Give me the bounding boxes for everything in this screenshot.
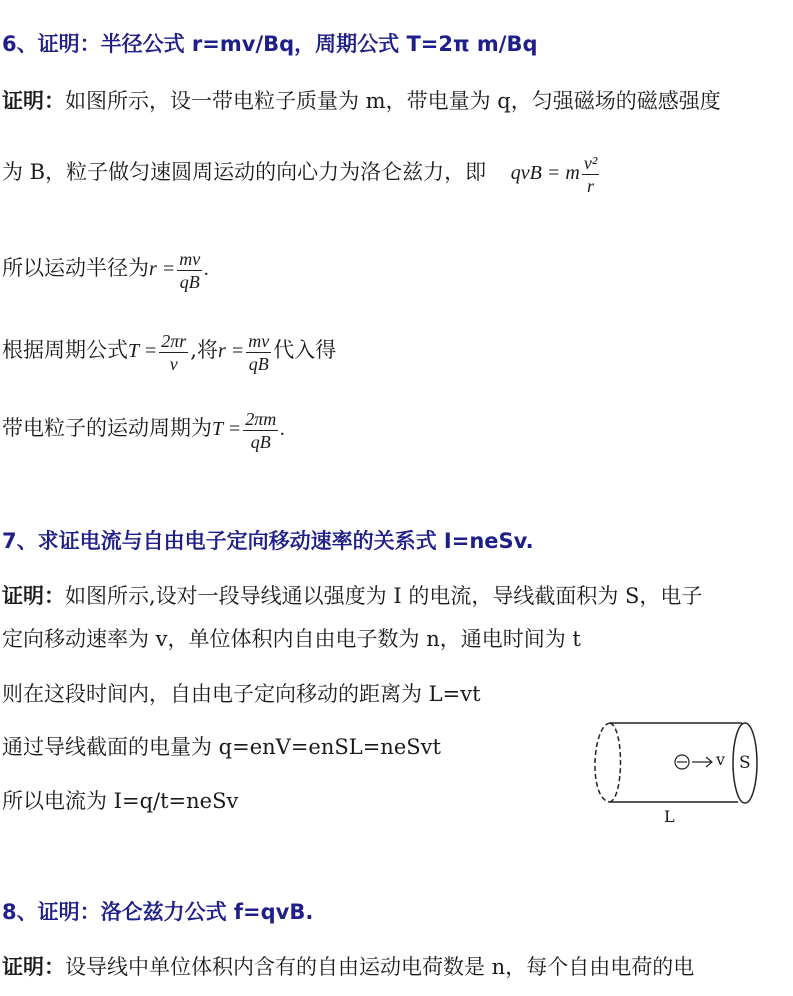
section-7-line-3: 则在这段时间内，自由电子定向移动的距离为 L=vt (2, 680, 481, 708)
section-7-proof-line-1: 证明：如图所示,设对一段导线通以强度为 I 的电流，导线截面积为 S，电子 (2, 582, 702, 610)
section-6-proof-line-1: 证明：如图所示，设一带电粒子质量为 m，带电量为 q，匀强磁场的磁感强度 (2, 87, 721, 115)
wire-cylinder-diagram: v S L (580, 715, 760, 830)
section-6-radius-line: 所以运动半径为r =mvqB. (2, 248, 209, 293)
section-7-heading: 7、求证电流与自由电子定向移动速率的关系式 I=neSv. (2, 527, 534, 555)
result-formula: T =2πmqB. (212, 418, 285, 440)
section-6-heading: 6、证明：半径公式 r=mv/Bq，周期公式 T=2π m/Bq (2, 30, 538, 58)
section-7-line-5: 所以电流为 I=q/t=neSv (2, 787, 238, 815)
substitute-formula: r =mvqB (218, 340, 273, 362)
length-label: L (664, 807, 675, 826)
section-6-period-line: 根据周期公式T =2πrv,将r =mvqB代入得 (2, 330, 336, 375)
lorentz-formula: qvB = mv²r (511, 162, 601, 184)
section-8-proof-line-1: 证明：设导线中单位体积内含有的自由运动电荷数是 n，每个自由电荷的电 (2, 953, 694, 981)
proof-label: 证明： (2, 955, 65, 979)
proof-label: 证明： (2, 89, 65, 113)
section-6-result-line: 带电粒子的运动周期为T =2πmqB. (2, 408, 285, 453)
proof-label: 证明： (2, 584, 65, 608)
velocity-label: v (716, 750, 725, 769)
section-6-proof-line-2: 为 B，粒子做匀速圆周运动的向心力为洛仑兹力，即 qvB = mv²r (2, 152, 601, 197)
section-7-line-2: 定向移动速率为 v，单位体积内自由电子数为 n，通电时间为 t (2, 625, 581, 653)
section-7-line-4: 通过导线截面的电量为 q=enV=enSL=neSvt (2, 733, 441, 761)
radius-formula: r =mvqB. (149, 258, 209, 280)
area-label: S (739, 753, 751, 773)
period-formula: T =2πrv (128, 340, 190, 362)
section-8-heading: 8、证明：洛仑兹力公式 f=qvB. (2, 898, 313, 926)
